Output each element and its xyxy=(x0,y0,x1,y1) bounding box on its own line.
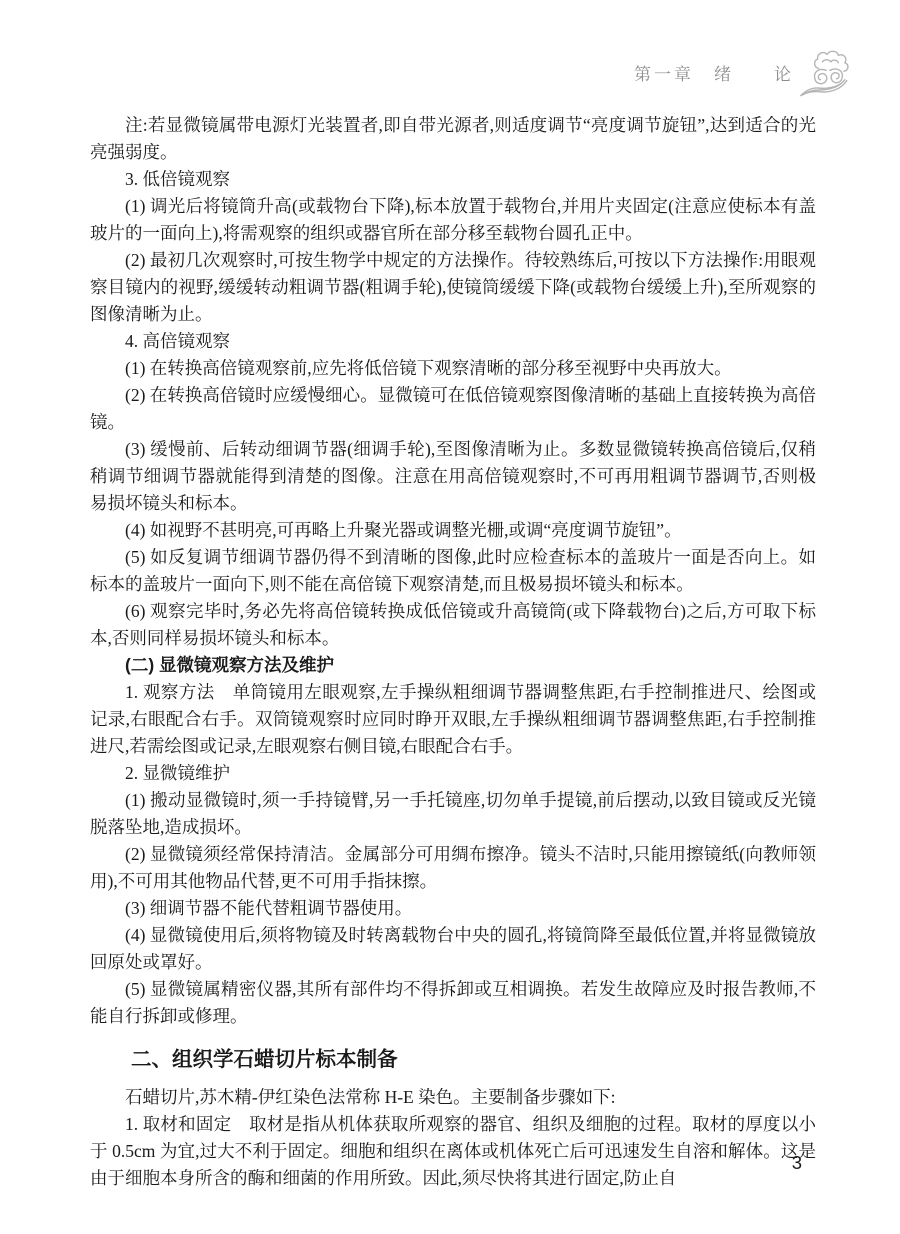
list-item: (5) 如反复调节细调节器仍得不到清晰的图像,此时应检查标本的盖玻片一面是否向上… xyxy=(90,544,816,598)
list-item: (2) 在转换高倍镜时应缓慢细心。显微镜可在低倍镜观察图像清晰的基础上直接转换为… xyxy=(90,382,816,436)
list-item: (6) 观察完毕时,务必先将高倍镜转换成低倍镜或升高镜筒(或下降载物台)之后,方… xyxy=(90,598,816,652)
list-item: (2) 最初几次观察时,可按生物学中规定的方法操作。待较熟练后,可按以下方法操作… xyxy=(90,247,816,328)
list-item: (5) 显微镜属精密仪器,其所有部件均不得拆卸或互相调换。若发生故障应及时报告教… xyxy=(90,976,816,1030)
numbered-heading: 3. 低倍镜观察 xyxy=(90,166,816,193)
numbered-heading: 2. 显微镜维护 xyxy=(90,760,816,787)
chapter-title: 第一章 绪 论 xyxy=(634,60,794,91)
list-item: (1) 调光后将镜筒升高(或载物台下降),标本放置于载物台,并用片夹固定(注意应… xyxy=(90,193,816,247)
list-item: (2) 显微镜须经常保持清洁。金属部分可用绸布擦净。镜头不洁时,只能用擦镜纸(向… xyxy=(90,841,816,895)
list-item: (1) 在转换高倍镜观察前,应先将低倍镜下观察清晰的部分移至视野中央再放大。 xyxy=(90,355,816,382)
main-text-column: 注:若显微镜属带电源灯光装置者,即自带光源者,则适度调节“亮度调节旋钮”,达到适… xyxy=(90,112,816,1192)
note-paragraph: 注:若显微镜属带电源灯光装置者,即自带光源者,则适度调节“亮度调节旋钮”,达到适… xyxy=(90,112,816,166)
page-number: 3 xyxy=(792,1152,802,1174)
subsection-heading: (二) 显微镜观察方法及维护 xyxy=(90,652,816,679)
running-head: 第一章 绪 论 xyxy=(634,46,858,104)
list-item: (3) 缓慢前、后转动细调节器(细调手轮),至图像清晰为止。多数显微镜转换高倍镜… xyxy=(90,436,816,517)
numbered-heading: 4. 高倍镜观察 xyxy=(90,328,816,355)
run-in-paragraph: 1. 观察方法 单筒镜用左眼观察,左手操纵粗细调节器调整焦距,右手控制推进尺、绘… xyxy=(90,679,816,760)
list-item: (3) 细调节器不能代替粗调节器使用。 xyxy=(90,895,816,922)
section-heading: 二、组织学石蜡切片标本制备 xyxy=(90,1046,816,1074)
body-paragraph: 石蜡切片,苏木精-伊红染色法常称 H-E 染色。主要制备步骤如下: xyxy=(90,1084,816,1111)
book-page: 第一章 绪 论 注:若显微镜属带电源灯光装置者,即自带光源者,则适 xyxy=(0,0,900,1234)
run-in-paragraph: 1. 取材和固定 取材是指从机体获取所观察的器官、组织及细胞的过程。取材的厚度以… xyxy=(90,1111,816,1192)
cloud-ornament-icon xyxy=(798,46,858,104)
list-item: (1) 搬动显微镜时,须一手持镜臂,另一手托镜座,切勿单手提镜,前后摆动,以致目… xyxy=(90,787,816,841)
list-item: (4) 如视野不甚明亮,可再略上升聚光器或调整光栅,或调“亮度调节旋钮”。 xyxy=(90,517,816,544)
list-item: (4) 显微镜使用后,须将物镜及时转离载物台中央的圆孔,将镜筒降至最低位置,并将… xyxy=(90,922,816,976)
